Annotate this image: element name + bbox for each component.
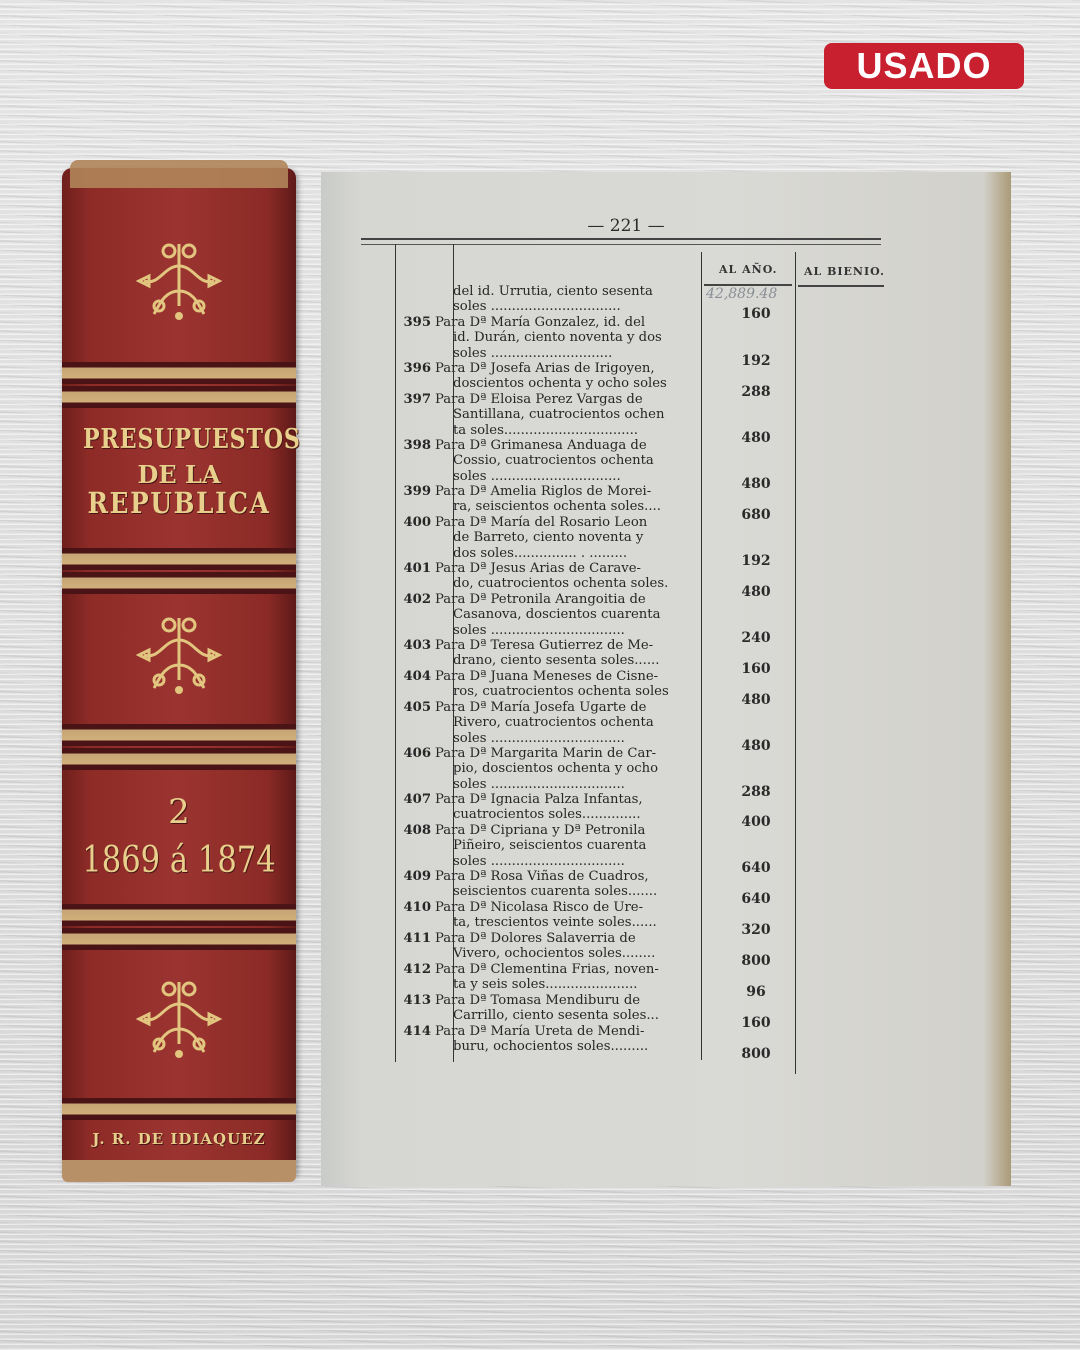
entry-text-line: Para Dª Amelia Riglos de Morei- [435, 484, 701, 499]
entry-number: 411 [375, 931, 431, 946]
entry-text-line: Para Dª Rosa Viñas de Cuadros, [435, 869, 701, 884]
entry-text-line: soles ............................. [435, 346, 701, 361]
gilt-floral-ornament-icon [129, 610, 229, 700]
spine-band [62, 904, 296, 926]
entry-text-line: soles ................................ [435, 731, 701, 746]
list-item: 398Para Dª Grimanesa Anduaga deCossio, c… [401, 438, 701, 484]
entry-text-line: Para Dª María del Rosario Leon [435, 515, 701, 530]
condition-badge: USADO [824, 43, 1024, 89]
entry-amount: 320 [721, 922, 791, 938]
entry-text-line: soles ............................... [435, 469, 701, 484]
entry-number: 408 [375, 823, 431, 838]
entry-number: 395 [375, 315, 431, 330]
entry-text-line: Casanova, doscientos cuarenta [435, 607, 701, 622]
header-al-ano: AL AÑO. [719, 263, 777, 276]
entry-amount: 640 [721, 860, 791, 876]
entry-number: 398 [375, 438, 431, 453]
entry-amount: 680 [721, 507, 791, 523]
list-item: 396Para Dª Josefa Arias de Irigoyen,dosc… [401, 361, 701, 392]
list-item: 395Para Dª María Gonzalez, id. delid. Du… [401, 315, 701, 361]
entry-text-line: soles ................................ [435, 623, 701, 638]
entry-text-line: Para Dª Teresa Gutierrez de Me- [435, 638, 701, 653]
header-al-bienio: AL BIENIO. [804, 265, 885, 278]
entry-text-line: Para Dª Cipriana y Dª Petronila [435, 823, 701, 838]
entry-amount: 96 [721, 984, 791, 1000]
entry-text-line: Para Dª Nicolasa Risco de Ure- [435, 900, 701, 915]
entry-text-line: Santillana, cuatrocientos ochen [435, 407, 701, 422]
entry-number: 413 [375, 993, 431, 1008]
spine-title-line: DE LA [62, 460, 296, 489]
entry-text-line: Para Dª María Ureta de Mendi- [435, 1024, 701, 1039]
entry-amount: 640 [721, 891, 791, 907]
spine-headcap [70, 160, 288, 188]
entry-text-line: Para Dª Grimanesa Anduaga de [435, 438, 701, 453]
entry-text-line: do, cuatrocientos ochenta soles. [435, 576, 701, 591]
entry-number: 396 [375, 361, 431, 376]
spine-band [62, 748, 296, 770]
header-rule [798, 285, 884, 287]
entry-text-line: Carrillo, ciento sesenta soles... [435, 1008, 701, 1023]
entry-amount: 240 [721, 630, 791, 646]
entry-text-line: del id. Urrutia, ciento sesenta [435, 284, 701, 299]
entry-text-line: Para Dª Clementina Frias, noven- [435, 962, 701, 977]
entry-number: 409 [375, 869, 431, 884]
book-page: — 221 — AL AÑO. AL BIENIO. 42,889.48 del… [321, 172, 1011, 1186]
entry-text-line: ta y seis soles...................... [435, 977, 701, 992]
entry-amount: 160 [721, 1015, 791, 1031]
list-item: 405Para Dª María Josefa Ugarte deRivero,… [401, 700, 701, 746]
entry-amount: 192 [721, 353, 791, 369]
list-item: 399Para Dª Amelia Riglos de Morei-ra, se… [401, 484, 701, 515]
spine-band [62, 572, 296, 594]
entry-text-line: buru, ochocientos soles......... [435, 1039, 701, 1054]
list-item: 414Para Dª María Ureta de Mendi-buru, oc… [401, 1024, 701, 1055]
entry-text-line: ros, cuatrocientos ochenta soles [435, 684, 701, 699]
entry-text-line: de Barreto, ciento noventa y [435, 530, 701, 545]
column-rule [795, 252, 796, 1074]
entry-number: 414 [375, 1024, 431, 1039]
spine-band [62, 386, 296, 408]
entry-text-line: seiscientos cuarenta soles....... [435, 884, 701, 899]
spine-volume: 2 [62, 792, 296, 832]
pencil-annotation: 42,889.48 [706, 286, 777, 302]
entry-text-line: soles ................................ [435, 777, 701, 792]
entry-number: 404 [375, 669, 431, 684]
column-rule [701, 252, 702, 1060]
book-spine: PRESUPUESTOS DE LA REPUBLICA 2 1869 á 18… [62, 168, 296, 1176]
list-item: 413Para Dª Tomasa Mendiburu deCarrillo, … [401, 993, 701, 1024]
entry-amount: 160 [721, 306, 791, 322]
spine-years: 1869 á 1874 [80, 840, 279, 881]
entry-text-line: Para Dª Josefa Arias de Irigoyen, [435, 361, 701, 376]
page-number: — 221 — [321, 216, 931, 236]
entry-number: 402 [375, 592, 431, 607]
entry-number: 400 [375, 515, 431, 530]
list-item: 404Para Dª Juana Meneses de Cisne-ros, c… [401, 669, 701, 700]
spine-band [62, 362, 296, 384]
spine-band [62, 548, 296, 570]
entry-amount: 160 [721, 661, 791, 677]
entry-text-line: soles ................................ [435, 854, 701, 869]
entry-text-line: Para Dª Jesus Arias de Carave- [435, 561, 701, 576]
entry-text-line: Para Dª Margarita Marin de Car- [435, 746, 701, 761]
spine-band [62, 724, 296, 746]
entry-number: 399 [375, 484, 431, 499]
entry-text-line: Para Dª Tomasa Mendiburu de [435, 993, 701, 1008]
spine-title-line: PRESUPUESTOS [83, 424, 275, 455]
spine-binder: J. R. DE IDIAQUEZ [62, 1130, 296, 1148]
entry-text-line: Para Dª Petronila Arangoitia de [435, 592, 701, 607]
spine-band [62, 928, 296, 950]
list-item: 403Para Dª Teresa Gutierrez de Me-drano,… [401, 638, 701, 669]
entry-number: 405 [375, 700, 431, 715]
gilt-floral-ornament-icon [129, 236, 229, 326]
entry-text-line: Para Dª María Josefa Ugarte de [435, 700, 701, 715]
entry-text-line: Piñeiro, seiscientos cuarenta [435, 838, 701, 853]
entry-text-line: Para Dª Dolores Salaverria de [435, 931, 701, 946]
entry-amount: 288 [721, 784, 791, 800]
list-item: 397Para Dª Eloisa Perez Vargas deSantill… [401, 392, 701, 438]
entry-text-line: Para Dª Juana Meneses de Cisne- [435, 669, 701, 684]
entry-amount: 480 [721, 738, 791, 754]
entry-number: 406 [375, 746, 431, 761]
entry-text-line: ra, seiscientos ochenta soles.... [435, 499, 701, 514]
list-item: 407Para Dª Ignacia Palza Infantas,cuatro… [401, 792, 701, 823]
entry-text-line: Para Dª María Gonzalez, id. del [435, 315, 701, 330]
entry-number: 401 [375, 561, 431, 576]
spine-band [62, 1098, 296, 1120]
list-item: 410Para Dª Nicolasa Risco de Ure-ta, tre… [401, 900, 701, 931]
entry-text-line: pio, doscientos ochenta y ocho [435, 761, 701, 776]
entry-amount: 480 [721, 692, 791, 708]
entry-text-line: ta, trescientos veinte soles...... [435, 915, 701, 930]
list-item: 409Para Dª Rosa Viñas de Cuadros,seiscie… [401, 869, 701, 900]
entry-text-line: id. Durán, ciento noventa y dos [435, 330, 701, 345]
entry-amount: 192 [721, 553, 791, 569]
entry-text-line: Cossio, cuatrocientos ochenta [435, 453, 701, 468]
entry-number: 403 [375, 638, 431, 653]
entry-text-line: Para Dª Eloisa Perez Vargas de [435, 392, 701, 407]
entry-text-line: Para Dª Ignacia Palza Infantas, [435, 792, 701, 807]
entry-text-line: soles ............................... [435, 299, 701, 314]
entry-text-line: dos soles............... . ......... [435, 546, 701, 561]
list-item: 412Para Dª Clementina Frias, noven-ta y … [401, 962, 701, 993]
entry-number: 410 [375, 900, 431, 915]
entry-number: 407 [375, 792, 431, 807]
list-item: 411Para Dª Dolores Salaverria deVivero, … [401, 931, 701, 962]
entry-amount: 800 [721, 953, 791, 969]
list-item: 401Para Dª Jesus Arias de Carave-do, cua… [401, 561, 701, 592]
list-item: 408Para Dª Cipriana y Dª PetronilaPiñeir… [401, 823, 701, 869]
entry-text-line: Vivero, ochocientos soles........ [435, 946, 701, 961]
table-top-rule [361, 238, 881, 245]
list-item: 400Para Dª María del Rosario Leonde Barr… [401, 515, 701, 561]
entry-amount: 480 [721, 476, 791, 492]
list-item: 406Para Dª Margarita Marin de Car-pio, d… [401, 746, 701, 792]
entry-text-line: ta soles................................ [435, 423, 701, 438]
entry-number: 397 [375, 392, 431, 407]
entry-text-line: drano, ciento sesenta soles...... [435, 653, 701, 668]
entry-amount: 480 [721, 430, 791, 446]
entry-text-line: Rivero, cuatrocientos ochenta [435, 715, 701, 730]
entry-amount: 480 [721, 584, 791, 600]
entry-number: 412 [375, 962, 431, 977]
gilt-floral-ornament-icon [129, 974, 229, 1064]
entry-text-line: cuatrocientos soles.............. [435, 807, 701, 822]
spine-title-line: REPUBLICA [80, 486, 279, 520]
entry-amount: 400 [721, 814, 791, 830]
entry-amount: 288 [721, 384, 791, 400]
list-item: 402Para Dª Petronila Arangoitia deCasano… [401, 592, 701, 638]
entry-amount: 800 [721, 1046, 791, 1062]
spine-tailcap [62, 1160, 296, 1182]
entry-text-line: doscientos ochenta y ocho soles [435, 376, 701, 391]
list-item: del id. Urrutia, ciento sesentasoles ...… [401, 284, 701, 315]
